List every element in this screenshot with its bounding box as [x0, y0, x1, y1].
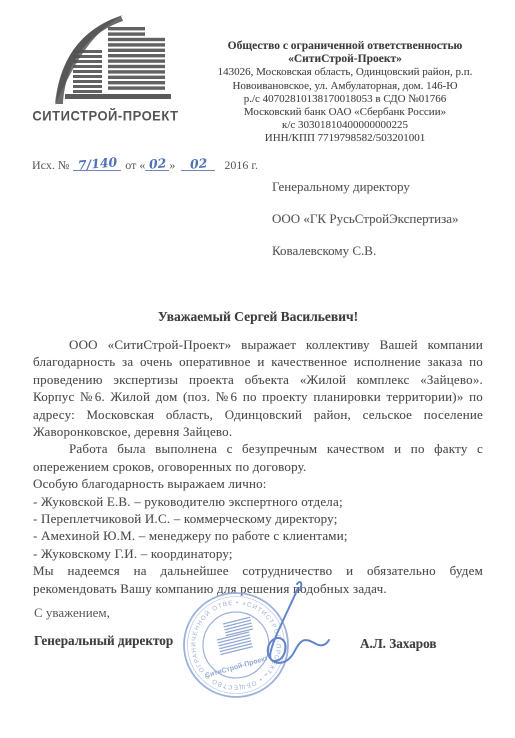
signer-name: А.Л. Захаров — [360, 636, 437, 652]
thanks-list-item: - Жуковскому Г.И. – координатору; — [33, 545, 483, 562]
handwritten-month: 02 — [189, 155, 208, 171]
ref-month-blank: 02 — [181, 157, 215, 171]
salutation: Уважаемый Сергей Васильевич! — [33, 309, 483, 325]
ref-day-blank: 02 — [145, 157, 169, 171]
stamp-icon: • «СИТИСТРОЙ-ПРОЕКТ» • ОБЩЕСТВО С ОГРАНИ… — [176, 580, 348, 720]
company-logo: СИТИСТРОЙ-ПРОЕКТ — [28, 14, 183, 123]
org-name-line-2: «СитиСтрой-Проект» — [182, 53, 508, 66]
letter-page: СИТИСТРОЙ-ПРОЕКТ Общество с ограниченной… — [0, 0, 515, 738]
thanks-list-item: - Амехиной Ю.М. – менеджеру по работе с … — [33, 527, 483, 544]
inn-kpp-line: ИНН/КПП 7719798582/503201001 — [182, 132, 508, 145]
ref-quote-close: » — [169, 158, 175, 172]
stamp-building-icon — [217, 617, 253, 654]
ref-number-blank: 7/140 — [73, 157, 121, 171]
handwritten-ref-number: 7/140 — [77, 154, 118, 172]
org-name-line-1: Общество с ограниченной ответственностью — [182, 40, 508, 53]
signer-position: Генеральный директор — [34, 633, 173, 649]
addressee-company: ООО «ГК РусьСтройЭкспертиза» — [272, 203, 459, 235]
ref-year-label: 2016 г. — [224, 158, 258, 172]
address-line-2: Новоивановское, ул. Амбулаторная, дом. 1… — [182, 80, 508, 93]
ref-prefix: Исх. № — [32, 158, 69, 172]
ref-number-line: Исх. №7/140от «02»02 2016 г. — [32, 157, 258, 173]
company-stamp: • «СИТИСТРОЙ-ПРОЕКТ» • ОБЩЕСТВО С ОГРАНИ… — [176, 580, 348, 720]
corr-account-line: к/с 30301810400000000225 — [182, 119, 508, 132]
logo-brand-text: СИТИСТРОЙ-ПРОЕКТ — [28, 107, 183, 123]
thanks-intro: Особую благодарность выражаем лично: — [33, 475, 483, 492]
ref-ot-label: от — [125, 158, 136, 172]
addressee-position: Генеральному директору — [272, 171, 459, 203]
handwritten-day: 02 — [148, 155, 167, 171]
letterhead: Общество с ограниченной ответственностью… — [182, 40, 508, 146]
bank-account-line: р./с 40702810138170018053 в СДО №01766 — [182, 93, 508, 106]
body-paragraph-1: ООО «СитиСтрой-Проект» выражает коллекти… — [33, 336, 483, 440]
letter-body: ООО «СитиСтрой-Проект» выражает коллекти… — [33, 336, 483, 597]
thanks-list-item: - Жуковской Е.В. – руководителю экспертн… — [33, 493, 483, 510]
logo-building-icon — [31, 14, 181, 106]
thanks-list-item: - Переплетчиковой И.С. – коммерческому д… — [33, 510, 483, 527]
body-paragraph-2: Работа была выполнена с безупречным каче… — [33, 440, 483, 475]
addressee-block: Генеральному директору ООО «ГК РусьСтрой… — [272, 171, 459, 267]
addressee-name: Ковалевскому С.В. — [272, 235, 459, 267]
signature-regards: С уважением, — [34, 605, 110, 621]
bank-name-line: Московский банк ОАО «Сбербанк России» — [182, 106, 508, 119]
address-line-1: 143026, Московская область, Одинцовский … — [182, 66, 508, 79]
